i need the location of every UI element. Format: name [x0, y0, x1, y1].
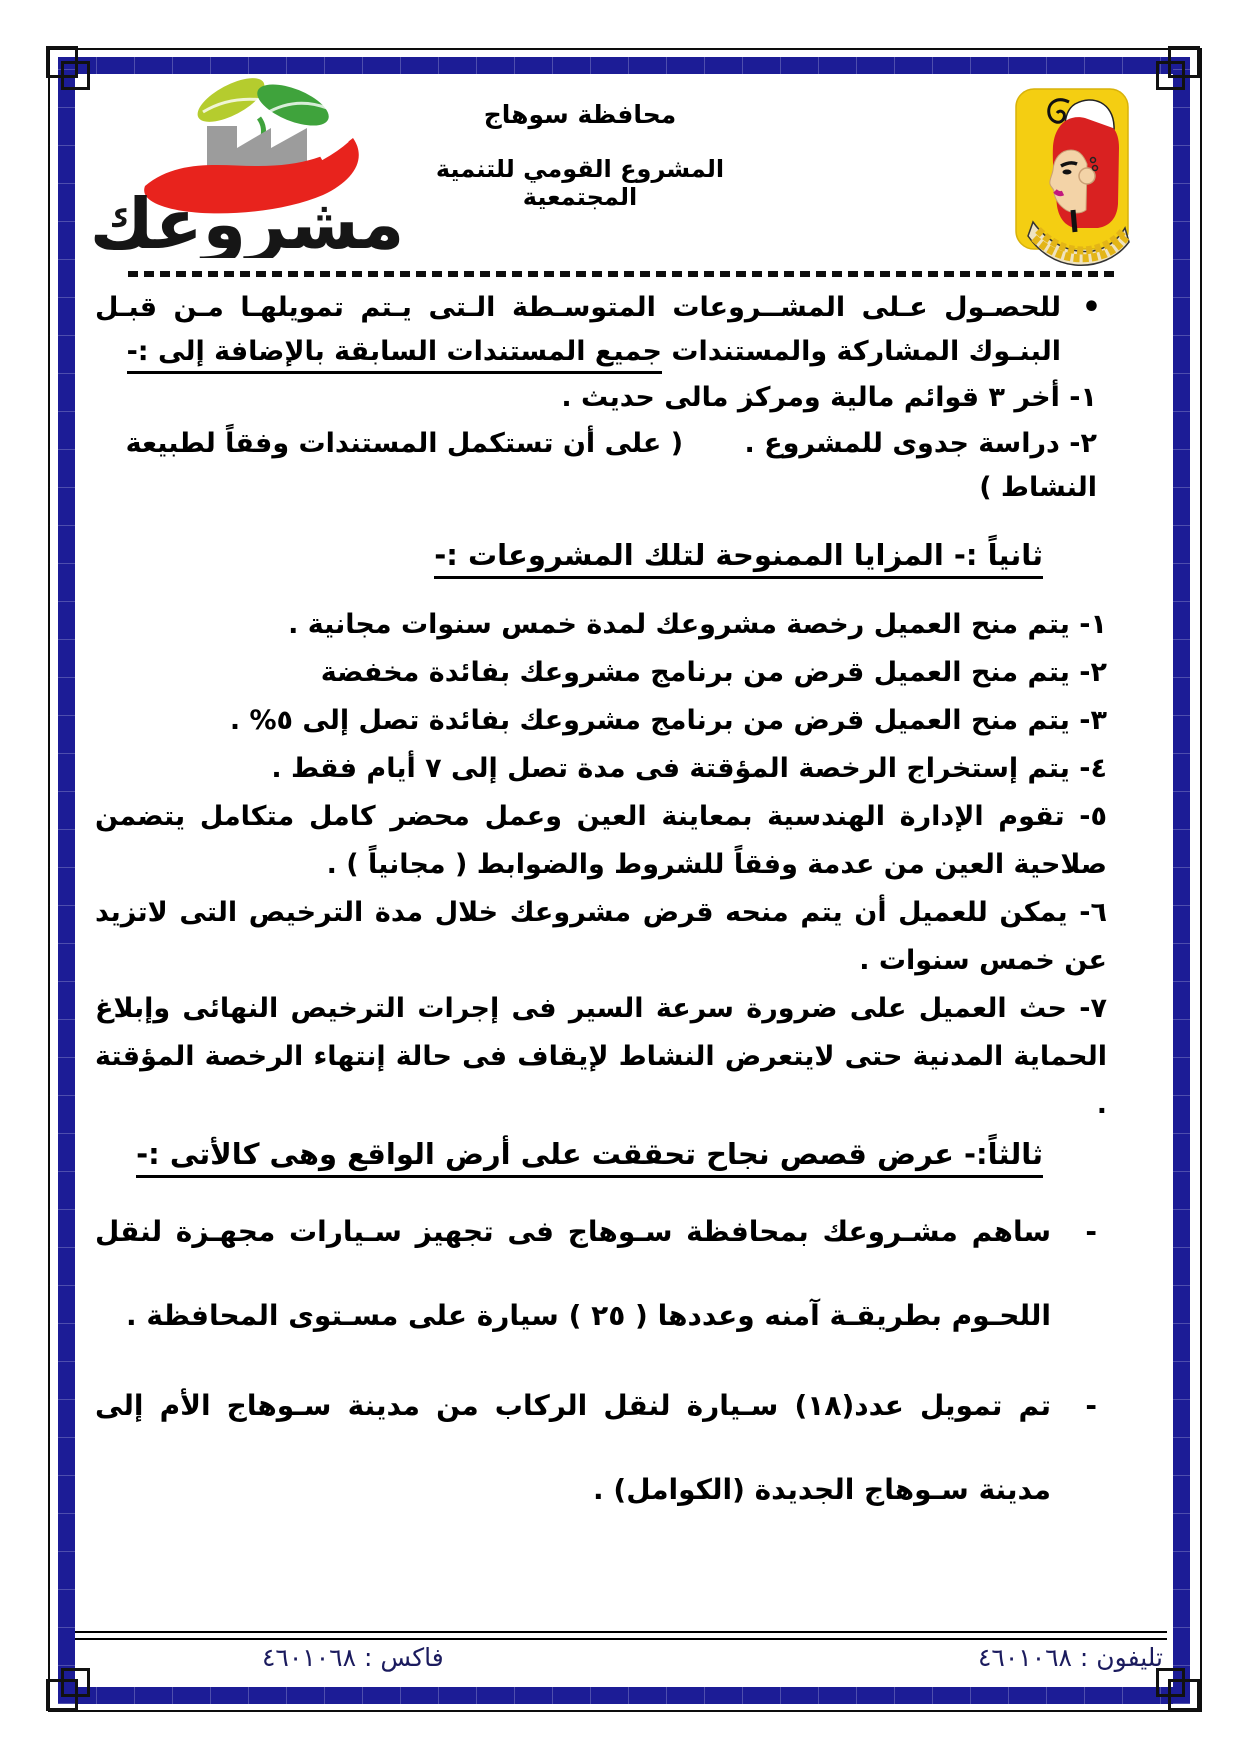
- corner-ornament: [1156, 61, 1185, 90]
- item-number: ٣-: [1079, 705, 1107, 736]
- dash-icon: -: [1085, 1190, 1097, 1274]
- success-stories-list: - ساهم مشـروعك بمحافظة سـوهاج فى تجهيز س…: [95, 1190, 1107, 1532]
- section-heading-second: ثانياً :- المزايا الممنوحة لتلك المشروعا…: [95, 536, 1043, 575]
- project-title: المشروع القومي للتنمية المجتمعية: [400, 155, 760, 211]
- item-number: ٦-: [1079, 897, 1107, 928]
- item-number: ١-: [1069, 382, 1097, 413]
- fax-text: فاكس : ٤٦٠١٠٦٨: [262, 1643, 444, 1672]
- list-item: ١- أخر ٣ قوائم مالية ومركز مالى حديث .: [95, 376, 1097, 420]
- border-bar-left: [58, 57, 75, 1704]
- list-item: ١- يتم منح العميل رخصة مشروعك لمدة خمس س…: [95, 601, 1107, 649]
- item-text: يتم إستخراج الرخصة المؤقتة فى مدة تصل إل…: [271, 753, 1070, 784]
- list-item: ٣- يتم منح العميل قرض من برنامج مشروعك ب…: [95, 697, 1107, 745]
- bullet-icon: •: [1082, 286, 1101, 330]
- list-item: ٦- يمكن للعميل أن يتم منحه قرض مشروعك خل…: [95, 889, 1107, 985]
- corner-ornament: [1156, 1668, 1185, 1697]
- border-bar-bottom: [58, 1687, 1190, 1704]
- item-text: دراسة جدوى للمشروع .: [745, 428, 1060, 459]
- phone-text: تليفون : ٤٦٠١٠٦٨: [978, 1643, 1163, 1672]
- list-item: ٢- يتم منح العميل قرض من برنامج مشروعك ب…: [95, 649, 1107, 697]
- item-text: يتم منح العميل قرض من برنامج مشروعك بفائ…: [230, 705, 1070, 736]
- item-number: ٥-: [1079, 801, 1107, 832]
- story-item: - تم تمويل عدد(١٨) سـيارة لنقل الركاب من…: [95, 1364, 1107, 1532]
- item-text: يتم منح العميل قرض من برنامج مشروعك بفائ…: [321, 657, 1070, 688]
- section-heading-third: ثالثاً:- عرض قصص نجاح تحققت على أرض الوا…: [95, 1135, 1043, 1174]
- item-number: ١-: [1079, 609, 1107, 640]
- item-text: تم تمويل عدد(١٨) سـيارة لنقل الركاب من م…: [95, 1389, 1051, 1506]
- intro-paragraph: • للحصـول عـلى المشــروعات المتوسـطة الـ…: [95, 286, 1107, 374]
- benefits-list: ١- يتم منح العميل رخصة مشروعك لمدة خمس س…: [95, 601, 1107, 1129]
- heading-text: ثالثاً:- عرض قصص نجاح تحققت على أرض الوا…: [136, 1137, 1043, 1178]
- dashed-separator: [128, 271, 1116, 277]
- document-body: • للحصـول عـلى المشــروعات المتوسـطة الـ…: [95, 286, 1107, 1538]
- border-bar-top: [58, 57, 1190, 74]
- item-text: أخر ٣ قوائم مالية ومركز مالى حديث .: [561, 382, 1060, 413]
- item-text: تقوم الإدارة الهندسية بمعاينة العين وعمل…: [95, 801, 1107, 880]
- mashrouak-logo: مشروعك: [83, 78, 417, 258]
- heading-text: ثانياً :- المزايا الممنوحة لتلك المشروعا…: [434, 538, 1043, 579]
- item-text: ساهم مشـروعك بمحافظة سـوهاج فى تجهيز سـي…: [95, 1215, 1051, 1332]
- item-text: يتم منح العميل رخصة مشروعك لمدة خمس سنوا…: [288, 609, 1070, 640]
- corner-ornament: [61, 1668, 90, 1697]
- list-item: ٥- تقوم الإدارة الهندسية بمعاينة العين و…: [95, 793, 1107, 889]
- item-number: ٤-: [1079, 753, 1107, 784]
- list-item: ٧- حث العميل على ضرورة سرعة السير فى إجر…: [95, 985, 1107, 1129]
- required-docs-list: ١- أخر ٣ قوائم مالية ومركز مالى حديث . ٢…: [95, 376, 1107, 510]
- header-titles: محافظة سوهاج المشروع القومي للتنمية المج…: [400, 100, 760, 211]
- story-item: - ساهم مشـروعك بمحافظة سـوهاج فى تجهيز س…: [95, 1190, 1107, 1358]
- logo-wordmark: مشروعك: [90, 183, 405, 258]
- dash-icon: -: [1085, 1364, 1097, 1448]
- border-bar-right: [1173, 57, 1190, 1704]
- footer-rule: [75, 1631, 1167, 1640]
- item-number: ٢-: [1079, 657, 1107, 688]
- list-item: ٢- دراسة جدوى للمشروع . ( على أن تستكمل …: [95, 422, 1097, 510]
- item-text: حث العميل على ضرورة سرعة السير فى إجرات …: [95, 993, 1107, 1120]
- item-number: ٧-: [1079, 993, 1107, 1024]
- list-item: ٤- يتم إستخراج الرخصة المؤقتة فى مدة تصل…: [95, 745, 1107, 793]
- item-text: يمكن للعميل أن يتم منحه قرض مشروعك خلال …: [95, 897, 1107, 976]
- intro-underlined-text: جميع المستندات السابقة بالإضافة إلى :-: [127, 336, 662, 374]
- sohag-governorate-emblem: [1013, 86, 1132, 270]
- governorate-title: محافظة سوهاج: [400, 100, 760, 129]
- item-number: ٢-: [1069, 428, 1097, 459]
